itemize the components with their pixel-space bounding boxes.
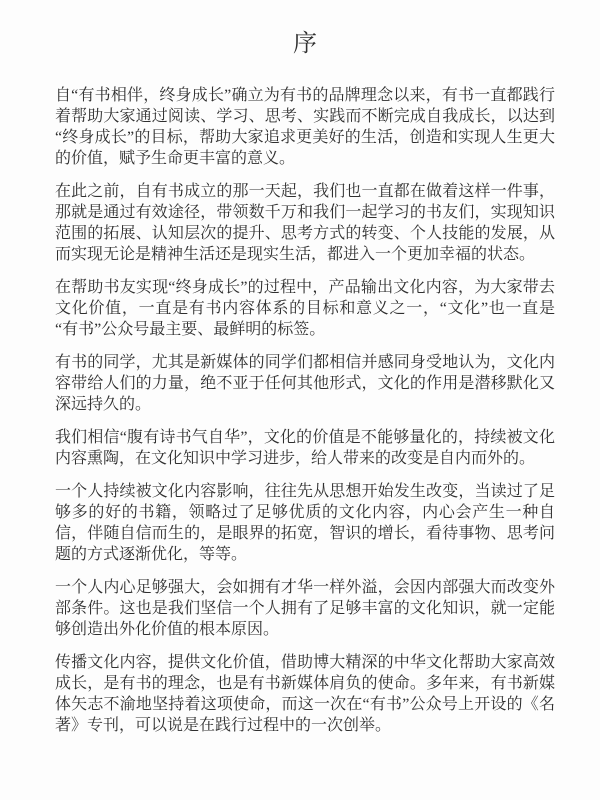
paragraph-8: 传播文化内容，提供文化价值，借助博大精深的中华文化帮助大家高效成长，是有书的理念… (55, 652, 555, 736)
paragraph-4: 有书的同学，尤其是新媒体的同学们都相信并感同身受地认为，文化内容带给人们的力量，… (55, 352, 555, 415)
page-title: 序 (55, 30, 555, 59)
paragraph-7: 一个人内心足够强大，会如拥有才华一样外溢，会因内部强大而改变外部条件。这也是我们… (55, 577, 555, 640)
document-page: 序 自“有书相伴，终身成长”确立为有书的品牌理念以来，有书一直都践行着帮助大家通… (0, 0, 600, 800)
paragraph-2: 在此之前，自有书成立的那一天起，我们也一直都在做着这样一件事，那就是通过有效途径… (55, 181, 555, 265)
paragraph-6: 一个人持续被文化内容影响，往往先从思想开始发生改变，当读过了足够多的好的书籍，领… (55, 481, 555, 565)
paragraph-3: 在帮助书友实现“终身成长”的过程中，产品输出文化内容，为大家带去文化价值，一直是… (55, 277, 555, 340)
paragraph-5: 我们相信“腹有诗书气自华”，文化的价值是不能够量化的，持续被文化内容熏陶，在文化… (55, 427, 555, 469)
paragraph-1: 自“有书相伴，终身成长”确立为有书的品牌理念以来，有书一直都践行着帮助大家通过阅… (55, 85, 555, 169)
